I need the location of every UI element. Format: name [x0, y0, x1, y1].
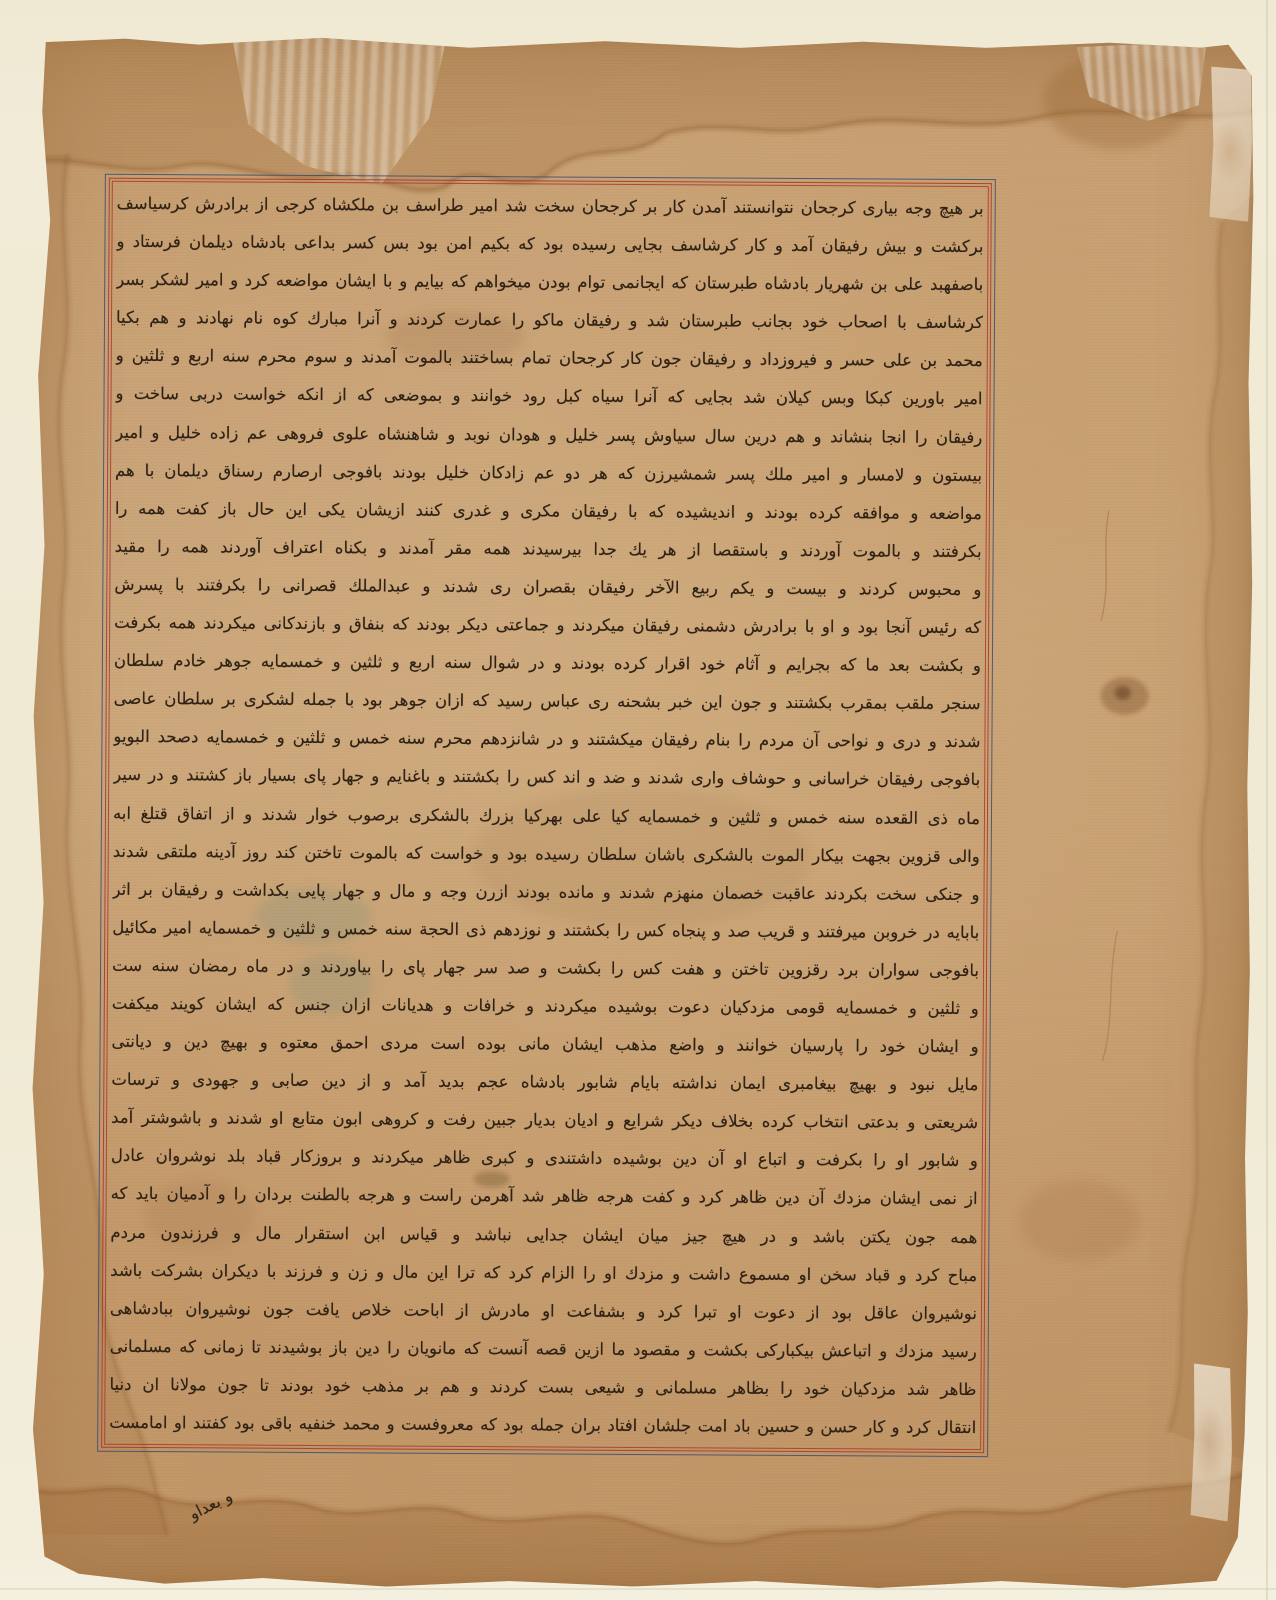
- stain-blotch: [1101, 677, 1149, 715]
- top-waterstain: [26, 34, 1257, 195]
- right-waterstain: [1168, 191, 1256, 1461]
- text-line: همه جون يكتن باشد و در هيچ جيز ميان ايشا…: [110, 1213, 977, 1256]
- text-line: شدند و درى و نواحى آن مردم را بنام رفيقا…: [113, 718, 980, 761]
- text-line: و محبوس كردند و بيست و يكم ربيع الآخر رف…: [114, 566, 981, 609]
- bottom-waterstain: [17, 1464, 1248, 1592]
- text-line: بكرفتند و بالموت آوردند و باستقصا از هر …: [115, 528, 982, 571]
- text-line: و بكشت بعد ما كه بجرايم و آثام خود اقرار…: [114, 642, 981, 685]
- text-block: بر هيچ وجه بيارى كرجحان نتوانستند آمدن ك…: [109, 185, 984, 1450]
- stain-blotch: [1115, 686, 1131, 700]
- text-line: ماه ذى القعده سنه خمس و ثلثين و خمسمايه …: [113, 794, 980, 837]
- text-line: رسيد مزدك و اتباعش بيكباركى بكشت و مقصود…: [110, 1328, 977, 1371]
- text-line: و ايشان خود را پارسيان خوانند و واضع مذه…: [111, 1023, 978, 1066]
- text-line: بيستون و لامسار و امير ملك پسر شمشيرزن ك…: [115, 451, 982, 494]
- text-line: ظاهر شد مزدكيان خود را بظاهر مسلمانى و ش…: [109, 1366, 976, 1409]
- text-line: محمد بن على حسر و فيروزداد و رفيقان جون …: [116, 337, 983, 380]
- mat-edge: [0, 1588, 1276, 1590]
- manuscript-folio: بر هيچ وجه بيارى كرجحان نتوانستند آمدن ك…: [17, 34, 1256, 1591]
- tape-residue-top-left: [231, 36, 447, 185]
- tape-residue-bottom-right: [1190, 1363, 1233, 1521]
- text-line: انتقال كرد و كار حسن و حسين باد امت جلشا…: [109, 1404, 976, 1447]
- text-line: سنجر ملقب بمقرب بكشتند و جون اين خبر بشح…: [114, 680, 981, 723]
- text-line: شريعتى و بدعتى انتخاب كرده بخلاف ديكر شر…: [111, 1099, 978, 1142]
- text-line: باصفهبد على بن شهريار بادشاه طبرستان كه …: [116, 261, 983, 304]
- photograph-backdrop: { "manuscript": { "description": "Persia…: [0, 0, 1276, 1600]
- text-line: كه رئيس آنجا بود و او با برادرش دشمنى رف…: [114, 604, 981, 647]
- catchword: و بعداو: [146, 1486, 235, 1543]
- mat-edge: [1266, 0, 1268, 1600]
- text-line: بركشت و بيش رفيقان آمد و كار كرشاسف بجاي…: [116, 223, 983, 266]
- text-line: از نمى ايشان مزدك آن دين ظاهر كرد و كفت …: [111, 1175, 978, 1218]
- crease: [1101, 511, 1109, 621]
- text-line: نوشيروان عاقل بود از دعوت او تبرا كرد و …: [110, 1290, 977, 1333]
- text-line: بافوجى رفيقان خراسانى و حوشاف وارى شدند …: [113, 756, 980, 799]
- stain-blotch: [1043, 52, 1194, 149]
- tape-residue-top-right: [1076, 41, 1206, 122]
- text-line: مايل نبود و بهيچ بيغامبرى ايمان نداشته ب…: [111, 1061, 978, 1104]
- text-line: بابايه در خروبن ميرفتند و قريب صد و پنجا…: [112, 909, 979, 952]
- stain-blotch: [1019, 1180, 1139, 1261]
- text-line: و شابور او را بكرفت و اتباع او آن دين بو…: [111, 1137, 978, 1180]
- text-line: مباح كرد و قباد سخن او مسموع داشت و مزدك…: [110, 1251, 977, 1294]
- text-line: بر هيچ وجه بيارى كرجحان نتوانستند آمدن ك…: [117, 185, 984, 228]
- text-line: و ثلثين و خمسمايه قومى مزدكيان دعوت بوشي…: [112, 985, 979, 1028]
- text-line: بافوجى سواران برد رقزوين تاختن و هفت كس …: [112, 947, 979, 990]
- crease: [1102, 931, 1117, 1061]
- text-line: كرشاسف با اصحاب خود بجانب طبرستان شد و ر…: [116, 299, 983, 342]
- text-line: و جنكى سخت بكردند عاقبت خصمان منهزم شدند…: [112, 870, 979, 913]
- text-line: امير باورين كبكا وبس كيلان شد بجايى كه آ…: [115, 375, 982, 418]
- text-line: والى قزوين بجهت بيكار الموت بالشكرى باشا…: [113, 832, 980, 875]
- tape-residue-right-edge: [1208, 66, 1253, 221]
- text-line: مواضعه و موافقه كرده بودند و انديشيده كه…: [115, 490, 982, 533]
- text-line: رفيقان را انجا بنشاند و هم درين سال سياو…: [115, 413, 982, 456]
